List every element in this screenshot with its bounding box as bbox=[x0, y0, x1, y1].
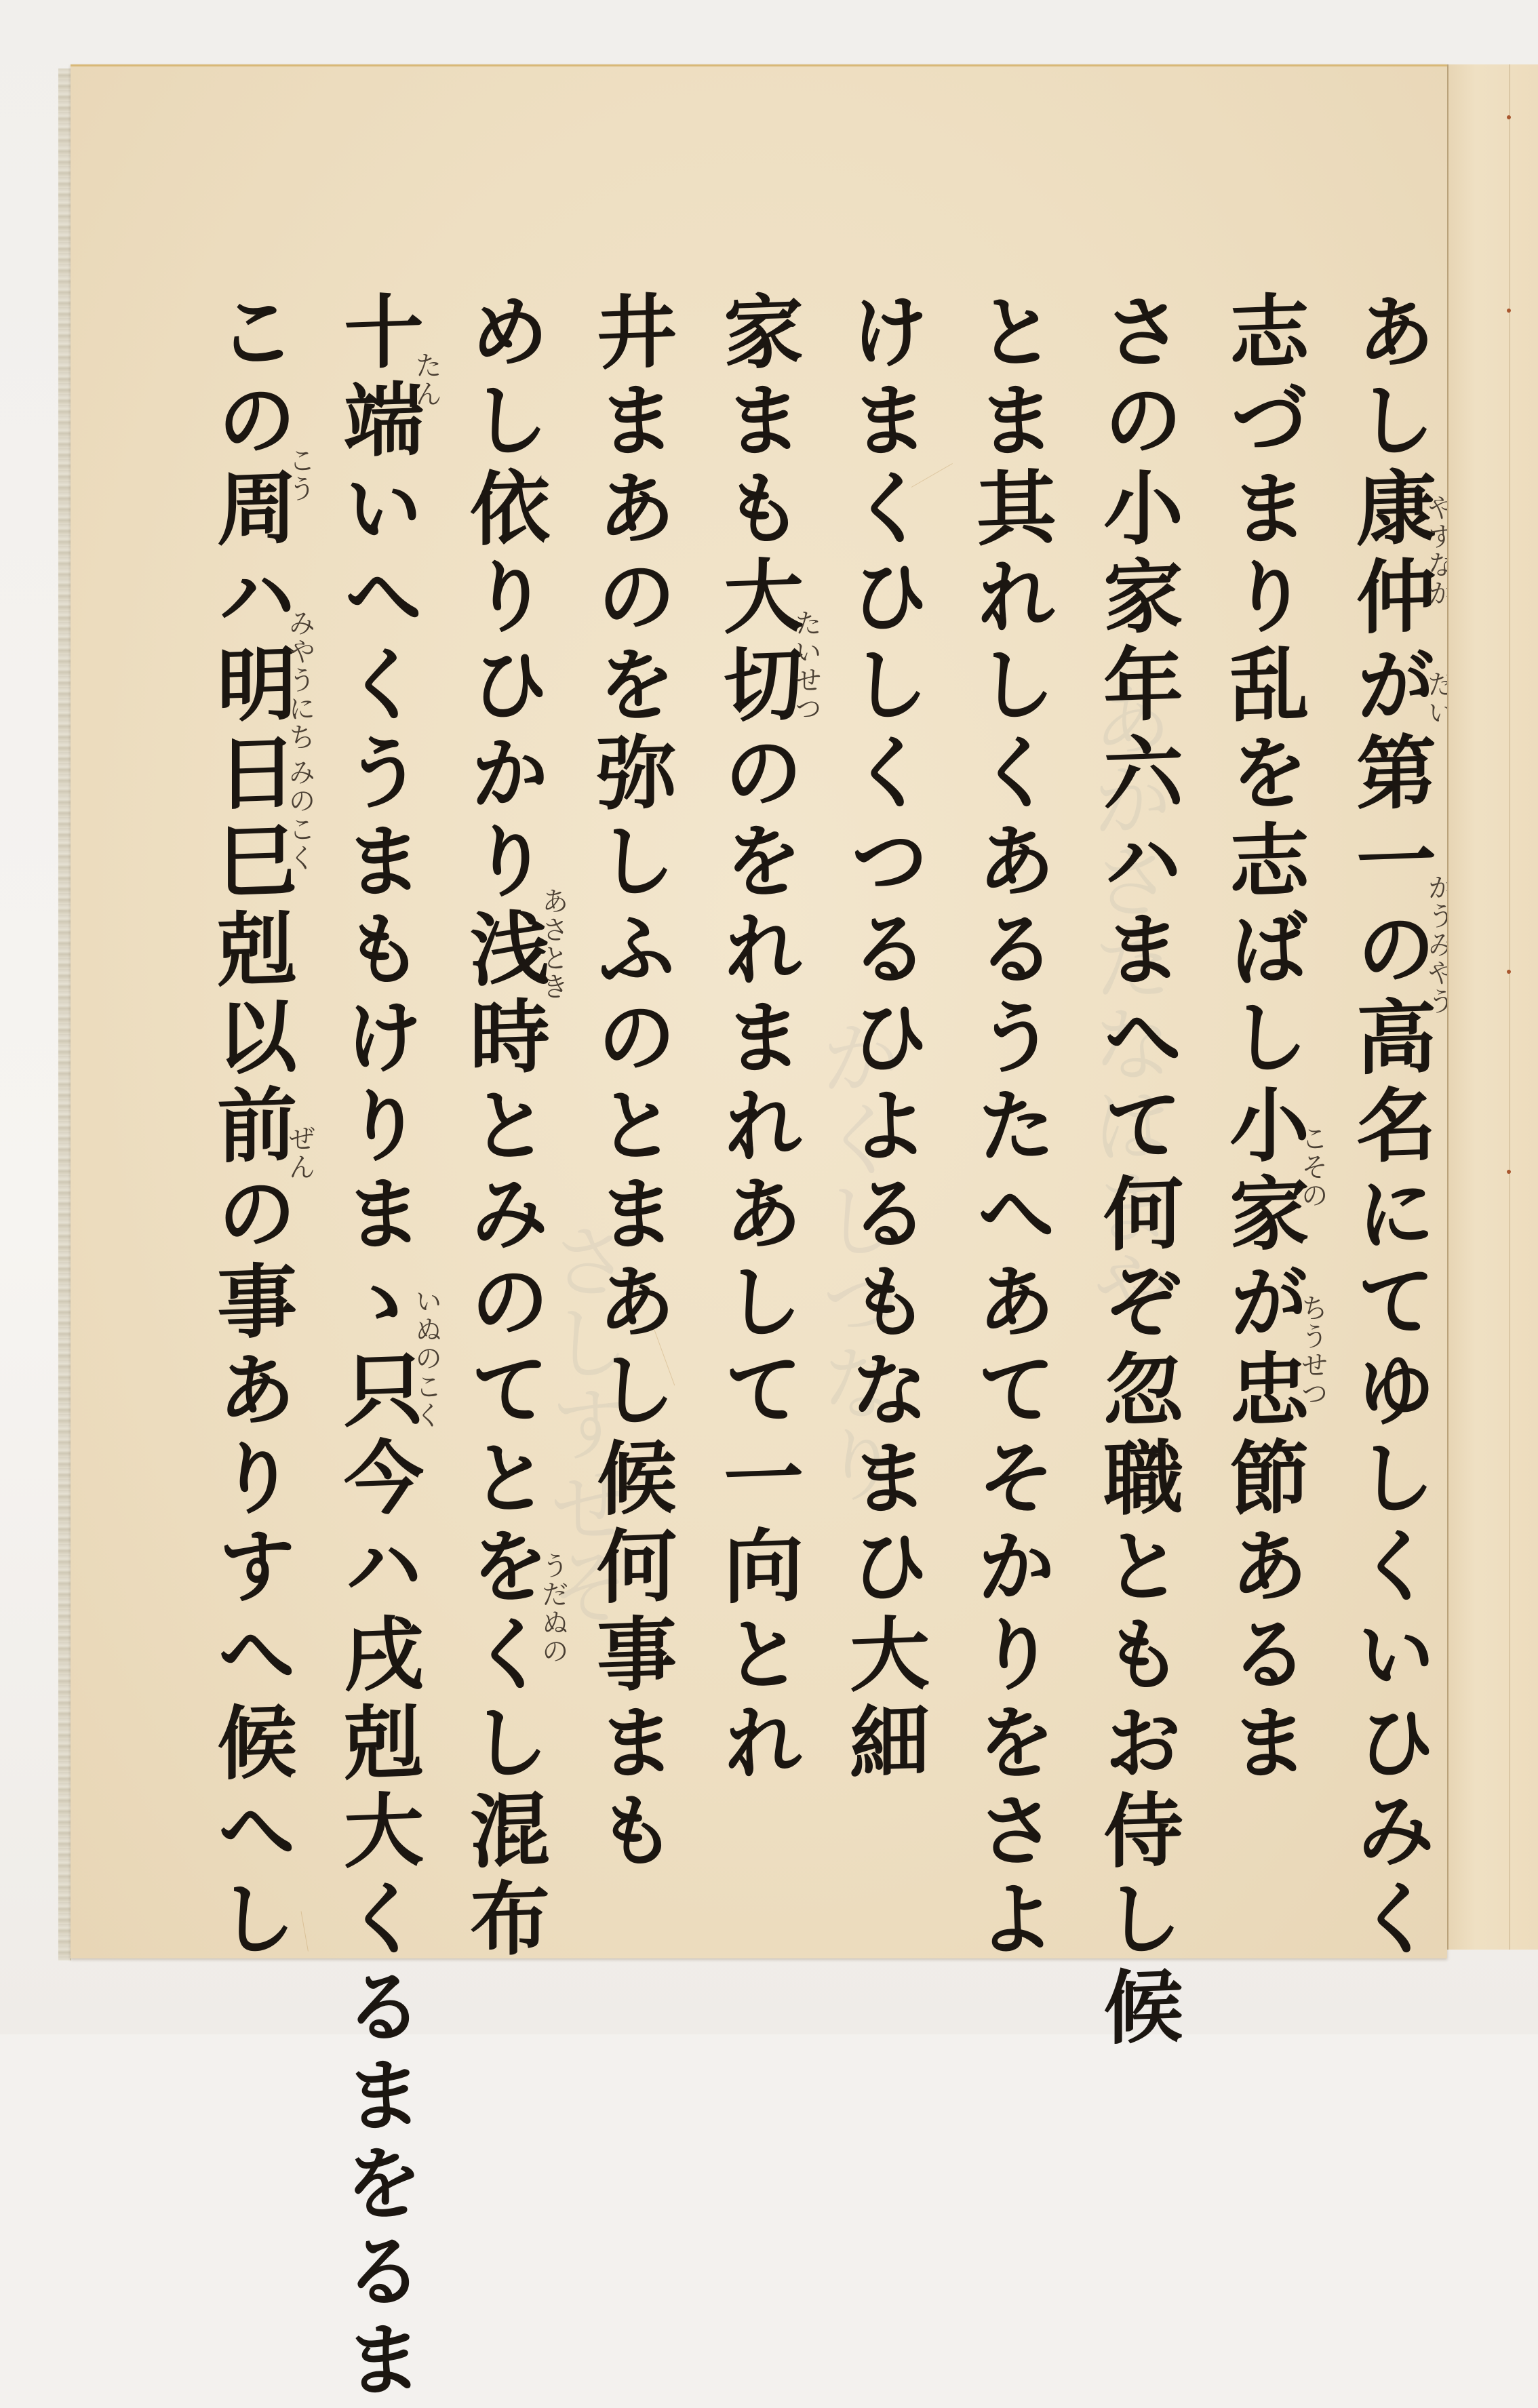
furigana-gloss: ぜん bbox=[281, 1124, 319, 1181]
column-text: 家まも大切のをれまれあして一向とれ bbox=[706, 288, 808, 1790]
column-text: 志づまり乱を志ばし小家が忠節あるま bbox=[1212, 288, 1314, 1790]
column-text: 十端いへくうまもけりまゝ只今ハ戌剋大くるまをるま bbox=[326, 288, 428, 2034]
furigana-gloss: いぬのこく bbox=[408, 1287, 446, 1429]
column-text: めし依りひかり浅時とみのてとをくし混布 bbox=[452, 288, 554, 1967]
binding-hole bbox=[1507, 115, 1511, 119]
furigana-gloss: みやうにち bbox=[281, 609, 319, 751]
furigana-gloss: たいせつ bbox=[787, 609, 826, 723]
manuscript-page: あかさたなはまや かくしつなり さしすせそ あし康仲が第一の高名にてゆしくいひみ… bbox=[71, 64, 1447, 1958]
column-text: とま其れしくあるうたへあてそかりをさよ bbox=[959, 288, 1061, 1967]
column-text: さの小家年六ハまへて何ぞ忽職ともお侍し候 bbox=[1086, 288, 1187, 2034]
text-column-1: あし康仲が第一の高名にてゆしくいひみく やすなか だい かうみやう bbox=[1339, 290, 1440, 1931]
text-column-2: 志づまり乱を志ばし小家が忠節あるま こその ちうせつ bbox=[1212, 290, 1314, 1931]
column-text: けまくひしくつるひよるもなまひ大細 bbox=[832, 288, 934, 1790]
furigana-gloss: みのこく bbox=[281, 758, 319, 872]
page-fold-line bbox=[1510, 64, 1510, 1950]
furigana-gloss: うだぬの bbox=[534, 1552, 572, 1665]
furigana-gloss: たん bbox=[408, 351, 446, 408]
furigana-gloss: こその bbox=[1293, 1124, 1332, 1210]
binding-hole bbox=[1507, 309, 1511, 313]
text-column-7: 井まあのを弥しふのとまあし候何事まも bbox=[579, 290, 681, 1931]
vertical-text-block: あし康仲が第一の高名にてゆしくいひみく やすなか だい かうみやう 志づまり乱を… bbox=[199, 290, 1440, 1931]
text-column-5: けまくひしくつるひよるもなまひ大細 bbox=[832, 290, 934, 1931]
bound-book: あかさたなはまや かくしつなり さしすせそ あし康仲が第一の高名にてゆしくいひみ… bbox=[58, 64, 1538, 1963]
text-column-9: 十端いへくうまもけりまゝ只今ハ戌剋大くるまをるま たん いぬのこく bbox=[326, 290, 428, 1931]
stitched-binding-edge bbox=[58, 68, 71, 1960]
binding-hole bbox=[1507, 1170, 1511, 1174]
furigana-gloss: あさとき bbox=[534, 887, 572, 1001]
furigana-gloss: こう bbox=[281, 446, 319, 503]
binding-hole bbox=[1507, 970, 1511, 974]
column-text: 井まあのを弥しふのとまあし候何事まも bbox=[579, 288, 681, 1878]
text-column-6: 家まも大切のをれまれあして一向とれ たいせつ bbox=[706, 290, 808, 1931]
facing-page-edge bbox=[1447, 64, 1538, 1950]
furigana-gloss: ちうせつ bbox=[1293, 1294, 1332, 1408]
text-column-10: この周ハ明日巳剋以前の事ありすへ候へし こう みやうにち みのこく ぜん bbox=[199, 290, 301, 1931]
text-column-4: とま其れしくあるうたへあてそかりをさよ bbox=[959, 290, 1061, 1931]
text-column-8: めし依りひかり浅時とみのてとをくし混布 あさとき うだぬの bbox=[452, 290, 554, 1931]
text-column-3: さの小家年六ハまへて何ぞ忽職ともお侍し候 bbox=[1086, 290, 1187, 1931]
